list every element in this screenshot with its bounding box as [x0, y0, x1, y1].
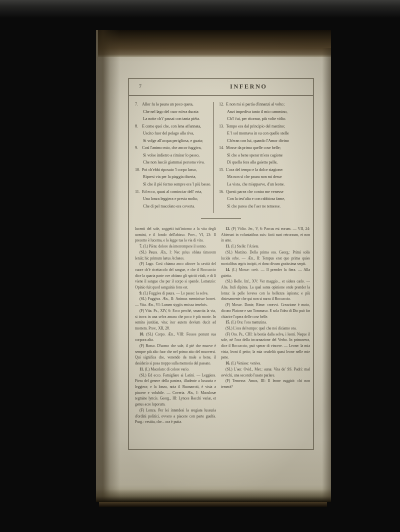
footnote-paragraph: (SL) Mattino. Della prima ora. Georg.: P… [221, 249, 310, 267]
verse-line: 15.L'ora del tempo e la dolce stagione: [219, 166, 311, 173]
verse-line: 10.Poi ch'ebbi riposato 'l corpo lasso, [135, 166, 215, 173]
footnote-paragraph: (SL) Belle. Inf., XV: Ver maggio... et s… [221, 279, 310, 302]
verse-line: Una lonza leggiera e presta molto, [135, 196, 215, 203]
footnote-paragraph: (F) Ora. Ps., CIII: la bestia dalla selv… [221, 331, 310, 360]
verse-line: 8.E come quei che, con lena affannata, [135, 123, 215, 130]
verse-line: 16.Questi parea che contra me venesse [219, 188, 311, 195]
tercet-number: 7. [135, 101, 142, 108]
verse-line: Si volge all'acqua perigliosa, e guata; [135, 137, 215, 144]
page-bottom-edge-shadow [96, 489, 331, 502]
page-top-curl-shadow [98, 30, 331, 57]
footnote-paragraph: (F) Lonza. Per lei intendesi la sregiata… [135, 407, 216, 425]
verse-line: Che di pel macolato era coverta. [135, 203, 215, 210]
footnote-number: 11. [140, 367, 144, 372]
tercet: 11.Ed ecco, quasi al cominciar dell' ert… [135, 188, 215, 210]
verse-line: Con la test'alta e con rabbiosa fame, [219, 196, 311, 203]
footnote-paragraph: 10. (SL) Corpo. Æn., VIII: Fessos ponunt… [135, 331, 216, 343]
verse-line: Di quella fera alla gaietta pelle, [219, 159, 311, 166]
book-page: 7 INFERNO 7.Allor fu la paura un poco qu… [96, 30, 331, 502]
page-left-gutter-shadow [96, 30, 120, 502]
tercet: 7.Allor fu la paura un poco queta,Che ne… [135, 101, 215, 123]
footnote-paragraph: (SL) Paura. Æn., I: Nec prius oblata tim… [135, 249, 216, 261]
footnote-number: 13. [226, 244, 231, 249]
footnote-paragraph: (F) Lago. Così chiama anco altrove la ca… [135, 261, 216, 290]
footnote-number: 12. [226, 227, 231, 232]
footnote-paragraph: (F) Temesse. Amos, III: Il leone ruggirà… [221, 378, 310, 390]
page-number-text: 7 [139, 84, 142, 90]
tercet-number: 15. [219, 166, 226, 173]
footnote-number: 9. [140, 291, 143, 296]
footnote-paragraph: (F) Basso. D'uomo che sale, il piè che m… [135, 343, 216, 366]
verse-line: 11.Ed ecco, quasi al cominciar dell' ert… [135, 188, 215, 195]
footnote-paragraph: (F) Vita. Ps., XIV, 6: Ecco perchè, smar… [135, 308, 216, 331]
footnote-number: 14. [226, 267, 231, 272]
tercet-number: 12. [219, 101, 226, 108]
book-scan-photo: 7 INFERNO 7.Allor fu la paura un poco qu… [0, 0, 400, 532]
tercet: 14.Mosse da prima quelle cose belle;Sì c… [219, 145, 311, 167]
footnote-column-left-wrap: lucenti del sole, soggetti tutt'intorno … [135, 226, 216, 449]
tercet: 13.Tempo era dal principio del mattino;E… [219, 123, 311, 145]
tercet: 15.L'ora del tempo e la dolce stagione:M… [219, 166, 311, 188]
verse-line: Sì che il piè fermo sempre era 'l più ba… [135, 181, 215, 188]
tercet: 10.Poi ch'ebbi riposato 'l corpo lasso,R… [135, 166, 215, 188]
verse-line: Si volse indietro a rimirar lo passo, [135, 152, 215, 159]
tercet-number: 11. [135, 188, 142, 195]
verse-line: La vista, che m'apparve, d'un leone. [219, 181, 311, 188]
footnote-number: 7. [140, 244, 143, 249]
verse-line: Sì che parea che l'aer ne temesse. [219, 203, 311, 210]
page-stack-edge [99, 502, 327, 507]
verse-column-divider [213, 102, 214, 213]
verse-line: Ch'i' fui, per ritornar, più volte vòlto… [219, 116, 311, 123]
verse-line: 12.E non mi si partìa d'innanzi al volto… [219, 101, 311, 108]
verse-line: Ma non sì che paura non mi desse [219, 174, 311, 181]
tercet: 12.E non mi si partìa d'innanzi al volto… [219, 101, 311, 123]
tercet: 16.Questi parea che contra me venesseCon… [219, 188, 311, 210]
verse-line: 14.Mosse da prima quelle cose belle; [219, 145, 311, 152]
footnote-column-left: lucenti del sole, soggetti tutt'intorno … [135, 226, 216, 425]
page-number: 7 [139, 84, 144, 95]
tercet: 8.E come quei che, con lena affannata,Us… [135, 123, 215, 145]
running-title-text: INFERNO [230, 83, 267, 91]
footnote-number: 15. [226, 320, 231, 325]
header-rule [129, 95, 313, 96]
verse-column-right: 12.E non mi si partìa d'innanzi al volto… [219, 101, 311, 210]
verse-line: Uscito fuor del pelago alla riva, [135, 130, 215, 137]
tercet-number: 16. [219, 188, 226, 195]
verse-column-left: 7.Allor fu la paura un poco queta,Che ne… [135, 101, 215, 210]
verse-line: E 'l sol montava in su con quelle stelle [219, 130, 311, 137]
footnote-paragraph: 12. (F) Vòlto. Jer., V, 6: Parcus est eo… [221, 226, 310, 244]
footnote-column-right-wrap: 12. (F) Vòlto. Jer., V, 6: Parcus est eo… [221, 226, 310, 449]
footnote-number: 16. [226, 361, 231, 366]
page-right-edge-shadow [322, 48, 331, 502]
footnote-separator-rule [201, 218, 241, 219]
tercet-number: 9. [135, 145, 142, 152]
footnote-number: 10. [140, 332, 145, 337]
verse-line: 7.Allor fu la paura un poco queta, [135, 101, 215, 108]
verse-line: Sì che a bene sperar m'era cagione [219, 152, 311, 159]
verse-line: Ch'eran con lui, quando l'Amor divino [219, 137, 311, 144]
footnote-paragraph: (SL) Ed ecco. Famigliare ai Latini. — Le… [135, 372, 216, 407]
tercet-number: 13. [219, 123, 226, 130]
verse-line: 9.Così l'animo mio, che ancor fuggiva, [135, 145, 215, 152]
verse-line: 13.Tempo era dal principio del mattino; [219, 123, 311, 130]
page-border-frame: 7 INFERNO 7.Allor fu la paura un poco qu… [128, 78, 314, 450]
footnote-paragraph: (SL) Fuggiva. Æn., II: Animus meminisse … [135, 296, 216, 308]
tercet-number: 8. [135, 123, 142, 130]
footnote-column-right: 12. (F) Vòlto. Jer., V, 6: Parcus est eo… [221, 226, 310, 390]
footnote-paragraph: (F) Mosse. Dante, Rime: creavvi. Creazio… [221, 302, 310, 320]
verse-line: Che non lasciò giammai persona viva. [135, 159, 215, 166]
photo-top-glare [0, 0, 400, 18]
verse-line: Ripresi via per la piaggia diserta, [135, 174, 215, 181]
tercet-number: 10. [135, 166, 142, 173]
footnote-paragraph: (SL) L'aer. Ovid., Met.: auræ. Vita de' … [221, 366, 310, 378]
footnote-paragraph: lucenti del sole, soggetti tutt'intorno … [135, 226, 216, 244]
footnote-paragraph: 14. (L) Mosse: creò. — Il prender la fie… [221, 267, 310, 279]
tercet: 9.Così l'animo mio, che ancor fuggiva,Si… [135, 145, 215, 167]
verse-line: Che nel lago del cuor m'era durata [135, 108, 215, 115]
tercet-number: 14. [219, 145, 226, 152]
verse-line: La notte ch'i' passai con tanta pièta. [135, 116, 215, 123]
verse-line: Anzi impediva tanto il mio cammino, [219, 108, 311, 115]
